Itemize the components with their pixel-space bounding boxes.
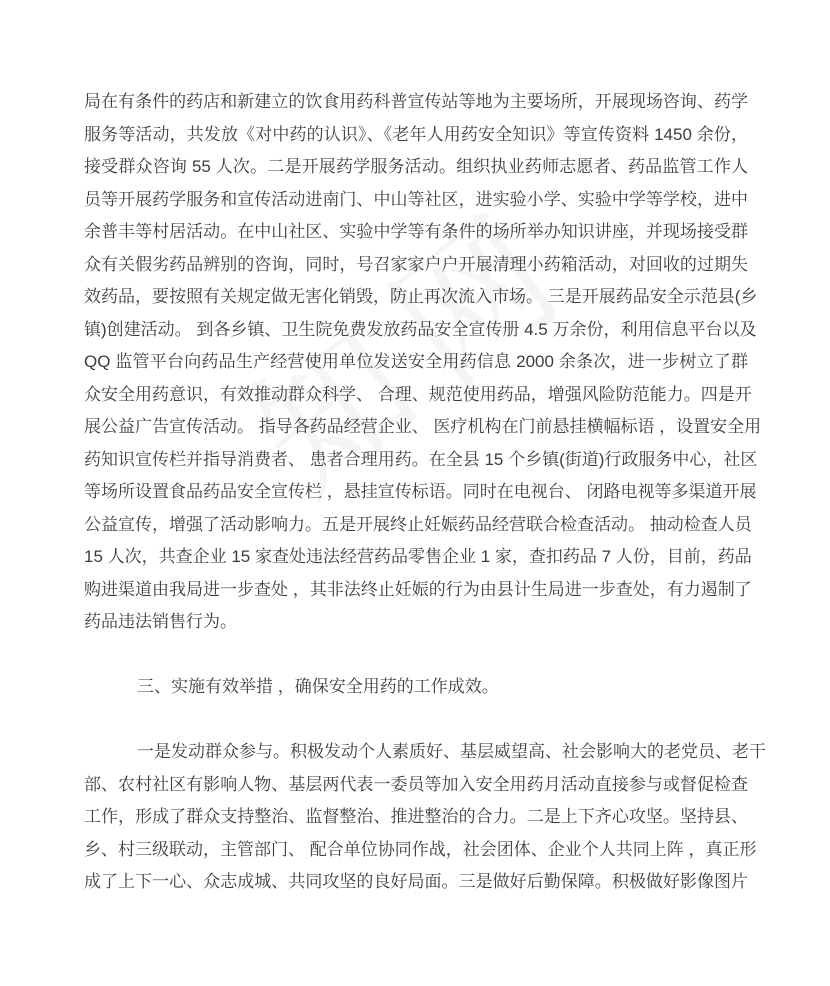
text-line: 众安全用药意识，有效推动群众科学、 合理、规范使用药品，增强风险防范能力。四是开 [84,379,748,412]
text-line: 工作，形成了群众支持整治、监督整治、推进整治的合力。二是上下齐心攻坚。坚持县、 [84,801,748,834]
text-line: 展公益广告宣传活动。 指导各药品经营企业、 医疗机构在门前悬挂横幅标语 ，设置安… [84,411,748,444]
text-line: 员等开展药学服务和宣传活动进南门、中山等社区，进实验小学、实验中学等学校，进中 [84,184,748,217]
text-line: 15 人次，共查企业 15 家查处违法经营药品零售企业 1 家，查扣药品 7 人… [84,541,748,574]
text-line: QQ 监管平台向药品生产经营使用单位发送安全用药信息 2000 余条次，进一步树… [84,346,748,379]
document-body: 局在有条件的药店和新建立的饮食用药科普宣传站等地为主要场所，开展现场咨询、药学服… [84,86,748,899]
text-line: 部、农村社区有影响人物、基层两代表一委员等加入安全用药月活动直接参与或督促检查 [84,769,748,802]
section-heading: 三、实施有效举措 ，确保安全用药的工作成效。 [84,671,748,704]
text-line: 局在有条件的药店和新建立的饮食用药科普宣传站等地为主要场所，开展现场咨询、药学 [84,86,748,119]
text-line: 购进渠道由我局进一步查处 ，其非法终止妊娠的行为由县计生局进一步查处，有力遏制了 [84,574,748,607]
paragraph-1: 局在有条件的药店和新建立的饮食用药科普宣传站等地为主要场所，开展现场咨询、药学服… [84,86,748,639]
paragraph-2: 一是发动群众参与。积极发动个人素质好、基层威望高、社会影响大的老党员、老干部、农… [84,736,748,899]
text-line: 余普丰等村居活动。在中山社区、实验中学等有条件的场所举办知识讲座，并现场接受群 [84,216,748,249]
text-line: 等场所设置食品药品安全宣传栏 ，悬挂宣传标语。同时在电视台、 闭路电视等多渠道开… [84,476,748,509]
text-line: 成了上下一心、众志成城、共同攻坚的良好局面。三是做好后勤保障。积极做好影像图片 [84,866,748,899]
text-line: 公益宣传，增强了活动影响力。五是开展终止妊娠药品经营联合检查活动。 抽动检查人员 [84,509,748,542]
text-line: 乡、村三级联动，主管部门、 配合单位协同作战，社会团体、企业个人共同上阵 ，真正… [84,834,748,867]
text-line: 镇)创建活动。 到各乡镇、卫生院免费发放药品安全宣传册 4.5 万余份，利用信息… [84,314,748,347]
text-line: 众有关假劣药品辨别的咨询，同时，号召家家户户开展清理小药箱活动，对回收的过期失 [84,249,748,282]
text-line: 服务等活动，共发放《对中药的认识》、《老年人用药安全知识》等宣传资料 1450 … [84,119,748,152]
text-line: 药品违法销售行为。 [84,606,748,639]
text-line: 效药品，要按照有关规定做无害化销毁，防止再次流入市场。 三是开展药品安全示范县(… [84,281,748,314]
text-line: 药知识宣传栏并指导消费者、 患者合理用药。在全县 15 个乡镇(街道)行政服务中… [84,444,748,477]
text-line: 接受群众咨询 55 人次。二是开展药学服务活动。组织执业药师志愿者、药品监管工作… [84,151,748,184]
text-line: 一是发动群众参与。积极发动个人素质好、基层威望高、社会影响大的老党员、老干 [84,736,748,769]
